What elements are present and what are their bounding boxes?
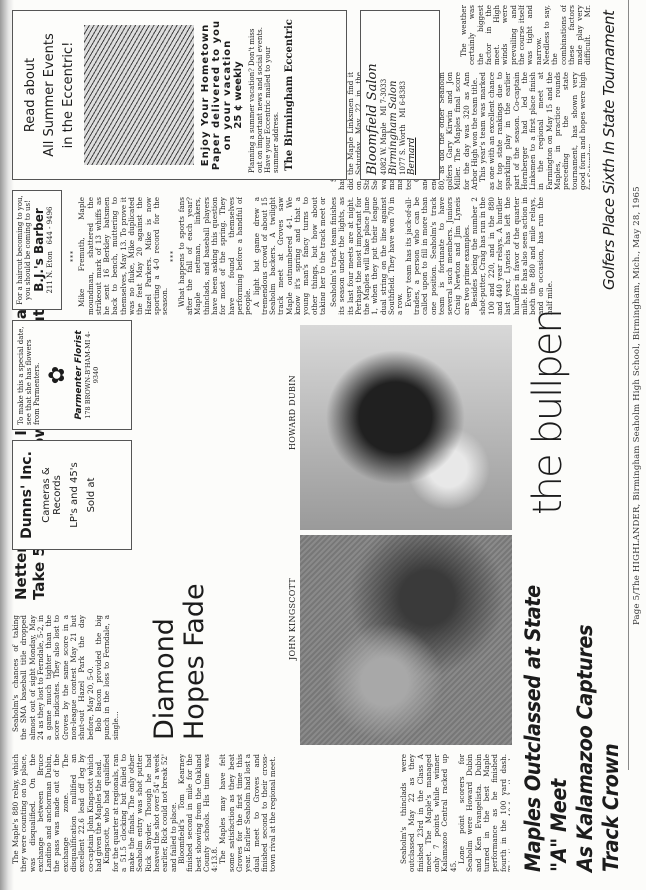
golf-col2: The weather certainly was the biggest fa… xyxy=(460,5,590,65)
eccentric-line3: in the Eccentric! xyxy=(61,17,76,173)
ad-bj-barber: For a haircut becoming to you, you shoul… xyxy=(12,190,62,310)
bullpen-paragraph: Seaholm's track team finishes its season… xyxy=(330,197,405,315)
bullpen-paragraph: A light but game drew a tremendous crowd… xyxy=(253,197,325,315)
eccentric-promo2: Paper delivered to you xyxy=(211,17,222,173)
dunns-name: Dunns' Inc. xyxy=(19,447,35,543)
florist-address: 178 BROWN-B'HAM-MI 4-9340 xyxy=(84,325,100,425)
dunns-line1: Cameras & Records xyxy=(41,447,63,543)
maples-paragraph: Seaholm's thinclads were outclassed May … xyxy=(400,754,458,872)
florist-line1: To make this a special date, xyxy=(17,325,25,425)
diamond-article-body: Seaholm's chances of taking the SMA base… xyxy=(12,615,142,740)
flower-sprig-icon: ✿ xyxy=(45,325,70,425)
bullpen-paragraph: Mike Fremuth, Maple moundman, shattered … xyxy=(78,197,169,315)
barber-contact: 211 N. Eton 644 - 9496 xyxy=(46,194,54,306)
header-rule xyxy=(628,0,629,770)
diamond-headline: Diamond Hopes Fade xyxy=(150,583,210,740)
golf-paragraph: The weather certainly was the biggest fa… xyxy=(460,5,590,65)
salon-line1: 4082 W. Maple MI 7-3033 xyxy=(380,15,388,175)
maples-headline: Maples Outclassed at State "A" Meet As K… xyxy=(520,568,624,872)
maples-paragraph: The Maple's 880 relay, which they were c… xyxy=(12,754,103,872)
dunns-line3: Sold at xyxy=(86,447,97,543)
ad-eccentric: Read about All Summer Events in the Ecce… xyxy=(12,10,347,180)
photo-john-kingscott xyxy=(300,535,512,745)
photo-howard-dubin xyxy=(300,325,512,530)
eccentric-price: 25 ¢ weekly xyxy=(233,17,244,173)
diamond-paragraph: Bob Bacon provided the big punch in the … xyxy=(95,615,120,740)
bullpen-logo: the bullpen xyxy=(525,310,571,515)
page-folio: Page 5/The HIGHLANDER, Birmingham Seahol… xyxy=(632,186,642,625)
photo-caption-dubin: HOWARD DUBIN xyxy=(288,375,297,450)
photo-caption-kingscott: JOHN KINGSCOTT xyxy=(288,578,297,660)
maples-paragraph: Lone point scorers for Seaholm were Howa… xyxy=(458,754,510,872)
bullpen-col2: *** Mike Fremuth, Maple moundman, shatte… xyxy=(70,197,325,315)
maples-headline-line2: As Kalamazoo Captures Track Crown xyxy=(572,568,624,872)
ad-bloomfield-salon: Bloomfield Salon 4082 W. Maple MI 7-3033… xyxy=(360,10,440,180)
barber-line1: For a haircut becoming to you, xyxy=(16,194,24,306)
ad-dunns: Dunns' Inc. Cameras & Records LP's and 4… xyxy=(12,440,132,550)
salon-line2: 1077 S. Worth MI 6-8383 xyxy=(399,15,407,175)
eccentric-promo3: on your vacation xyxy=(222,17,233,173)
scanned-page-viewport: Page 5/The HIGHLANDER, Birmingham Seahol… xyxy=(0,0,646,890)
diamond-headline-line1: Diamond xyxy=(150,583,180,740)
bullpen-paragraph: What happens to sports fans after the fa… xyxy=(178,197,253,315)
diamond-paragraph: Seaholm's chances of taking the SMA base… xyxy=(12,615,95,740)
florist-line2: see that she has flowers xyxy=(25,325,33,425)
maples-paragraph: The Maples may have felt some satisfacti… xyxy=(219,754,277,872)
eccentric-illustration xyxy=(84,25,194,165)
eccentric-promo1: Enjoy Your Hometown xyxy=(200,17,211,173)
bullpen-col1: Seaholm's track team finishes its season… xyxy=(330,197,615,315)
eccentric-body: Planning a summer vacation? Don't miss o… xyxy=(248,17,280,173)
florist-line3: from Parmenters. xyxy=(33,325,41,425)
maples-article-col1: Seaholm's thinclads were outclassed May … xyxy=(400,754,510,872)
newspaper-page: Page 5/The HIGHLANDER, Birmingham Seahol… xyxy=(0,0,646,890)
maples-paragraph: Kingscott, who had qualified for the qua… xyxy=(103,754,178,872)
maples-headline-line1: Maples Outclassed at State "A" Meet xyxy=(520,568,572,872)
salon-second-name: Birmingham Salon xyxy=(388,15,399,175)
eccentric-masthead: The Birmingham Eccentric xyxy=(284,17,295,173)
eccentric-line2: All Summer Events xyxy=(42,17,57,173)
golf-headline: Golfers Place Sixth In State Tournament xyxy=(600,11,618,290)
golf-paragraph: This year's team was marked as one with … xyxy=(479,72,590,190)
salon-name: Bloomfield Salon xyxy=(365,15,380,175)
salon-signature: Bernard xyxy=(407,15,417,175)
maples-paragraph: Bloomfield's Tom Kearney finished second… xyxy=(178,754,219,872)
ad-parmenter-florist: To make this a special date, see that sh… xyxy=(12,320,132,430)
barber-line2: you should be coming to us! xyxy=(24,194,32,306)
diamond-headline-line2: Hopes Fade xyxy=(180,583,210,740)
bullpen-paragraph: Besides being the number 2 shot-putter, … xyxy=(471,197,554,315)
bullpen-paragraph: Every team has its jack-of-all-trades, a… xyxy=(405,197,471,315)
dunns-line2: LP's and 45's xyxy=(69,447,80,543)
florist-name: Parmenter Florist xyxy=(74,325,84,425)
maples-article-col2: The Maple's 880 relay, which they were c… xyxy=(12,754,392,872)
eccentric-line1: Read about xyxy=(23,17,38,173)
barber-name: B.J.'s Barber xyxy=(32,194,46,306)
